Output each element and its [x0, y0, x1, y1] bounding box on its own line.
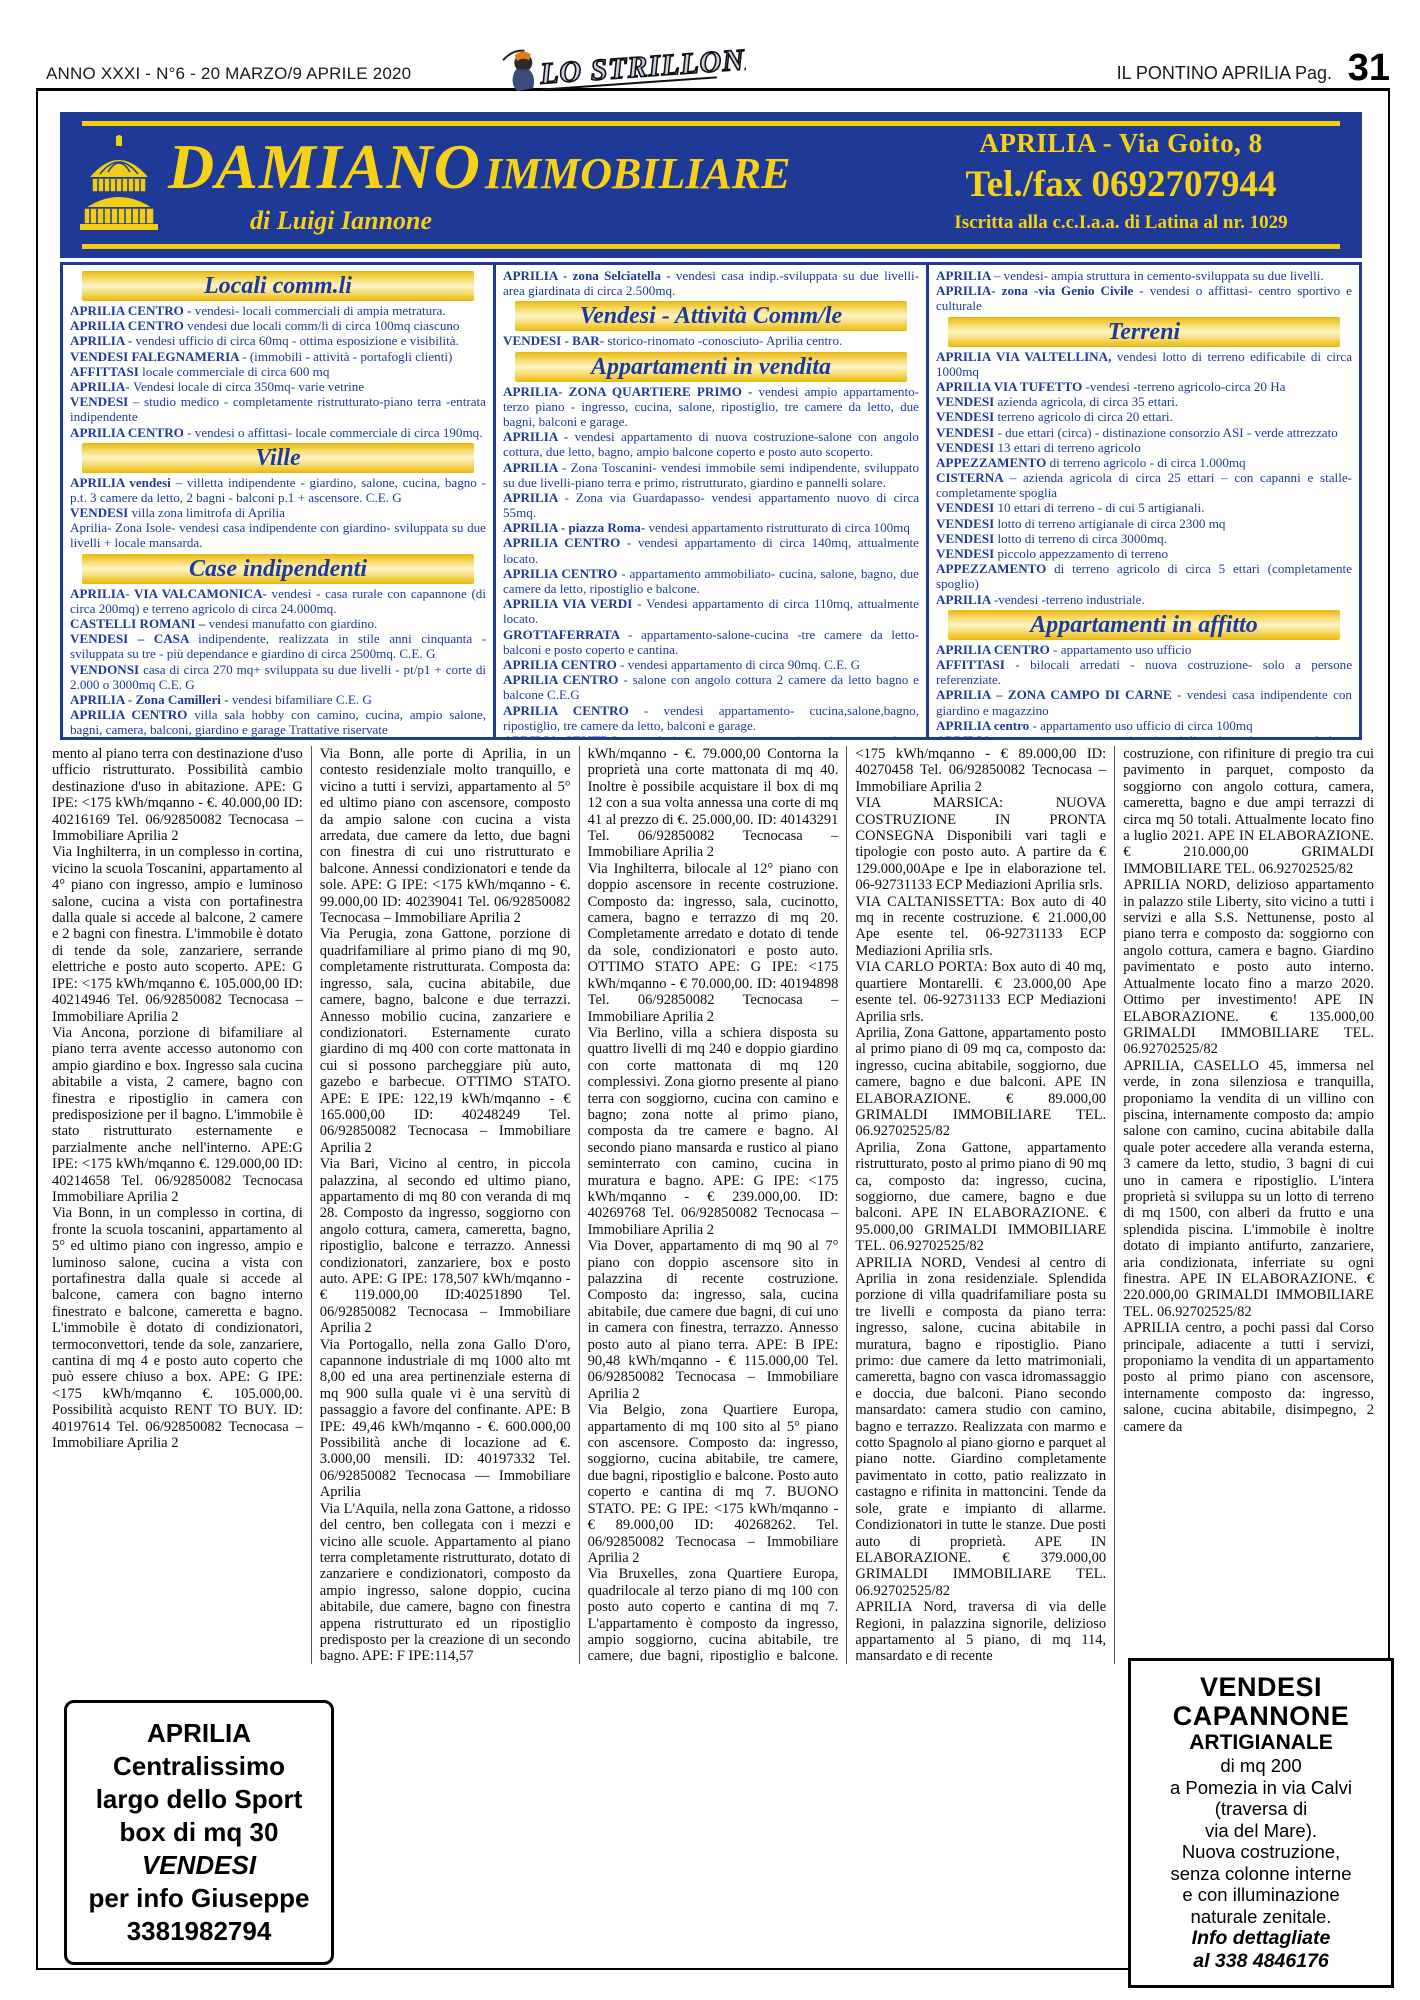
ad-listing: APPEZZAMENTO di terreno agricolo di circ… — [936, 561, 1352, 591]
ad-listing: CISTERNA – azienda agricola di circa 25 … — [936, 470, 1352, 500]
ad-listing: VENDESI - due ettari (circa) - distinazi… — [936, 425, 1352, 440]
ad-listing: APRILIA CENTRO - appartamento uso uffici… — [936, 642, 1352, 657]
classified-paragraph: Aprilia, Zona Gattone, appartamento post… — [855, 1025, 1106, 1140]
body-column-5: costruzione, con rifiniture di pregio tr… — [1114, 746, 1382, 1664]
ad-listing-lead: AFFITTASI — [936, 657, 1015, 672]
ad-listing: VENDESI lotto di terreno di circa 3000mq… — [936, 531, 1352, 546]
section-header-case-indipendenti: Case indipendenti — [82, 554, 474, 584]
ad-listing: APRILIA CENTRO - vendesi- locali commerc… — [70, 303, 486, 318]
capannone-body-line: e con illuminazione — [1137, 1884, 1385, 1906]
ad-listing-lead: VENDESI — [936, 394, 998, 409]
ad-listing-lead: APRILIA CENTRO — [936, 642, 1053, 657]
ad-listing-lead: APPEZZAMENTO — [936, 455, 1050, 470]
body-column-3: kWh/mqanno - €. 79.000,00 Contorna la pr… — [579, 746, 847, 1664]
ad-listing: GROTTAFERRATA - appartamento-salone-cuci… — [503, 627, 919, 657]
classified-paragraph: Via Belgio, zona Quartiere Europa, appar… — [588, 1402, 839, 1566]
ad-listing-lead: APRILIA CENTRO - — [70, 303, 195, 318]
ad-listing: APRILIA - Zona Toscanini- vendesi immobi… — [503, 460, 919, 490]
ad-listing: APRILIA - Zona via Guardapasso- vendesi … — [503, 490, 919, 520]
ad-listing: VENDESI azienda agricola, di circa 35 et… — [936, 394, 1352, 409]
capannone-info-line: Info dettagliate — [1137, 1927, 1385, 1950]
ad-listing: APRILIA - zona Selciatella - vendesi cas… — [503, 268, 919, 298]
ad-listing-lead: GROTTAFERRATA — [503, 627, 628, 642]
ad-listing-lead: VENDESI — [936, 425, 998, 440]
ad-listing: APRILIA CENTRO - vendesi appartamento- c… — [503, 703, 919, 733]
ad-listing: APRILIA CENTRO - vendesi appartamento di… — [503, 657, 919, 672]
ad-listing-lead: APRILIA - zona Selciatella - — [503, 268, 676, 283]
sport-box-vendesi: VENDESI — [73, 1849, 325, 1882]
ad-listing: Aprilia- Zona Isole- vendesi casa indipe… — [70, 520, 486, 550]
ad-listing-lead: VENDESI — [936, 440, 998, 455]
dome-icon — [80, 134, 158, 236]
capannone-body-line: Nuova costruzione, — [1137, 1841, 1385, 1863]
ad-listing: APPEZZAMENTO di terreno agricolo - di ci… — [936, 455, 1352, 470]
ad-listing: APRILIA centro - appartamento uso uffici… — [936, 718, 1352, 733]
ad-listing: APRILIA CENTRO - vendesi appartamento-te… — [503, 733, 919, 737]
ad-listing-lead: APRILIA vendesi — [70, 475, 176, 490]
capannone-title: VENDESI — [1137, 1673, 1385, 1702]
ad-listing-lead: APRILIA CENTRO — [503, 703, 644, 718]
ad-listing-lead: APRILIA — [503, 490, 565, 505]
publication-name: IL PONTINO APRILIA Pag. — [1117, 63, 1332, 84]
capannone-subtitle: ARTIGIANALE — [1137, 1731, 1385, 1755]
ad-listing: APRILIA vendesi – villetta indipendente … — [70, 475, 486, 505]
classified-paragraph: APRILIA NORD, Vendesi al centro di April… — [855, 1255, 1106, 1600]
ad-listing-lead: APRILIA VIA VALTELLINA, — [936, 349, 1117, 364]
banner-rule-top — [82, 121, 1340, 126]
newspaper-logo-icon: LO STRILLONE — [496, 34, 746, 94]
listings-column-2: APRILIA - zona Selciatella - vendesi cas… — [496, 265, 929, 737]
capannone-body-line: senza colonne interne — [1137, 1863, 1385, 1885]
ad-listing-lead: VENDESI — [936, 500, 998, 515]
classified-paragraph: APRILIA, CASELLO 45, immersa nel verde, … — [1123, 1058, 1374, 1321]
classified-paragraph: Via Inghilterra, in un complesso in cort… — [52, 844, 303, 1024]
ad-listing-lead: APRILIA — [503, 460, 562, 475]
ad-listing: APRILIA - vendesi ufficio di circa 60mq … — [70, 333, 486, 348]
ad-listing-lead: APRILIA - piazza Roma- — [503, 520, 648, 535]
section-header-locali-comm-li: Locali comm.li — [82, 271, 474, 301]
ad-listing-lead: APRILIA – ZONA CAMPO DI CARNE — [936, 687, 1177, 702]
ad-listing-lead: APRILIA CENTRO — [70, 707, 194, 722]
ad-listing-lead: VENDESI - BAR- — [503, 333, 607, 348]
classified-paragraph: <175 kWh/mqanno - € 89.000,00 ID: 402704… — [855, 746, 1106, 795]
classified-paragraph: costruzione, con rifiniture di pregio tr… — [1123, 746, 1374, 877]
ad-listing-lead: VENDONSI — [70, 662, 143, 677]
ad-listing-lead: APRILIA- zona -via Genio Civile - — [936, 283, 1150, 298]
section-header-appartamenti-in-affitto: Appartamenti in affitto — [948, 610, 1340, 640]
ad-listing: VENDESI 13 ettari di terreno agricolo — [936, 440, 1352, 455]
classified-paragraph: APRILIA Nord, traversa di via delle Regi… — [855, 1599, 1106, 1664]
ad-listing-lead: APRILIA CENTRO - — [503, 733, 636, 737]
ad-listing-lead: APRILIA centro — [936, 733, 1035, 737]
ad-listing-lead: VENDESI — [936, 516, 998, 531]
damiano-banner: DAMIANO IMMOBILIARE di Luigi Iannone APR… — [60, 112, 1362, 258]
page-number: 31 — [1348, 47, 1390, 90]
ad-listing: APRILIA VIA VERDI - Vendesi appartamento… — [503, 596, 919, 626]
ad-listing: APRILIA CENTRO - vendesi o affittasi- lo… — [70, 425, 486, 440]
ad-listing-lead: VENDESI — [936, 546, 998, 561]
classified-paragraph: Via Bonn, alle porte di Aprilia, in un c… — [320, 746, 571, 926]
ad-listing: AFFITTASI locale commerciale di circa 60… — [70, 364, 486, 379]
sport-box-line: Centralissimo — [73, 1750, 325, 1783]
ad-listing: AFFITTASI - bilocali arredati - nuova co… — [936, 657, 1352, 687]
sport-box-ad: APRILIA Centralissimo largo dello Sport … — [64, 1700, 334, 1965]
ad-listing: VENDESI 10 ettari di terreno - di cui 5 … — [936, 500, 1352, 515]
ad-listing-lead: VENDESI – CASA — [70, 631, 198, 646]
ad-listing: APRILIA – vendesi- ampia struttura in ce… — [936, 268, 1352, 283]
sport-box-contact: per info Giuseppe — [73, 1882, 325, 1915]
ad-listing-lead: APRILIA centro — [936, 718, 1033, 733]
ad-listing-lead: APRILIA CENTRO — [503, 657, 620, 672]
section-header-ville: Ville — [82, 443, 474, 473]
classified-paragraph: Aprilia, Zona Gattone, appartamento rist… — [855, 1140, 1106, 1255]
classified-paragraph: VIA CALTANISSETTA: Box auto di 40 mq in … — [855, 894, 1106, 960]
classified-paragraph: kWh/mqanno - €. 79.000,00 Contorna la pr… — [588, 746, 839, 861]
classified-paragraph: Via Portogallo, nella zona Gallo D'oro, … — [320, 1337, 571, 1501]
ad-listing: APRILIA - vendesi appartamento di nuova … — [503, 429, 919, 459]
ad-listing: APRILIA CENTRO vendesi due locali comm/l… — [70, 318, 486, 333]
ad-listing: VENDESI – studio medico - completamente … — [70, 394, 486, 424]
lo-strillone-logo: LO STRILLONE — [496, 34, 746, 94]
ad-listing: VENDESI - BAR- storico-rinomato -conosci… — [503, 333, 919, 348]
ad-listing: CASTELLI ROMANI – vendesi manufatto con … — [70, 616, 486, 631]
agency-owner: di Luigi Iannone — [250, 206, 432, 236]
ad-listing-lead: APRILIA CENTRO — [70, 318, 187, 333]
sport-box-line: box di mq 30 — [73, 1816, 325, 1849]
page-header: ANNO XXXI - N°6 - 20 MARZO/9 APRILE 2020… — [36, 30, 1390, 91]
ad-listing-lead: VENDESI — [936, 531, 998, 546]
ad-listing: APRILIA - piazza Roma- vendesi appartame… — [503, 520, 919, 535]
sport-box-line: largo dello Sport — [73, 1783, 325, 1816]
capannone-box-ad: VENDESI CAPANNONE ARTIGIANALE di mq 200 … — [1128, 1658, 1394, 1988]
ad-listing-lead: APPEZZAMENTO — [936, 561, 1054, 576]
ad-listing-lead: APRILIA VIA VERDI — [503, 596, 637, 611]
ad-listing: VENDESI lotto di terreno artigianale di … — [936, 516, 1352, 531]
ad-listing: APRILIA CENTRO - vendesi appartamento di… — [503, 535, 919, 565]
ad-listing-lead: APRILIA VIA TUFETTO — [936, 379, 1086, 394]
ad-listing: APRILIA - Zona Camilleri - vendesi bifam… — [70, 692, 486, 707]
section-header-appartamenti-in-vendita: Appartamenti in vendita — [515, 352, 907, 382]
listings-column-1: Locali comm.liAPRILIA CENTRO - vendesi- … — [63, 265, 496, 737]
agency-registration: Iscritta alla c.c.I.a.a. di Latina al nr… — [906, 212, 1336, 234]
sport-box-phone: 3381982794 — [73, 1915, 325, 1948]
ad-listing-lead: VENDESI — [70, 505, 132, 520]
sport-box-line: APRILIA — [73, 1717, 325, 1750]
newspaper-page: ANNO XXXI - N°6 - 20 MARZO/9 APRILE 2020… — [0, 0, 1420, 2000]
agency-address: APRILIA - Via Goito, 8 — [906, 128, 1336, 159]
classified-paragraph: Via Bruxelles, zona Quartiere Europa, qu… — [588, 1566, 839, 1664]
section-header-vendesi-attivit-comm-le: Vendesi - Attività Comm/le — [515, 301, 907, 331]
classified-paragraph: mento al piano terra con destinazione d'… — [52, 746, 303, 844]
ad-listing-lead: CASTELLI ROMANI – — [70, 616, 209, 631]
ad-listing: APRILIA -vendesi -terreno industriale. — [936, 592, 1352, 607]
classified-paragraph: Via Dover, appartamento di mq 90 al 7° p… — [588, 1238, 839, 1402]
ad-listing-lead: APRILIA — [936, 268, 994, 283]
ad-listing: VENDESI terreno agricolo di circa 20 ett… — [936, 409, 1352, 424]
ad-listing-lead: APRILIA — [936, 592, 994, 607]
capannone-body-line: di mq 200 — [1137, 1755, 1385, 1777]
body-column-2: Via Bonn, alle porte di Aprilia, in un c… — [311, 746, 579, 1664]
ad-listing-lead: AFFITTASI — [70, 364, 142, 379]
capannone-body-line: (traversa di — [1137, 1798, 1385, 1820]
ad-listing-lead: VENDESI — [936, 409, 998, 424]
classified-paragraph: Via L'Aquila, nella zona Gattone, a rido… — [320, 1501, 571, 1664]
ad-listing-lead: APRILIA CENTRO — [503, 535, 627, 550]
ad-listing: APRILIA CENTRO - salone con angolo cottu… — [503, 672, 919, 702]
ad-listing: VENDESI FALEGNAMERIA - (immobili - attiv… — [70, 349, 486, 364]
section-header-terreni: Terreni — [948, 317, 1340, 347]
agency-contact: APRILIA - Via Goito, 8 Tel./fax 06927079… — [906, 128, 1336, 234]
classified-paragraph: Via Bonn, in un complesso in cortina, di… — [52, 1205, 303, 1451]
ad-listing-lead: APRILIA - — [70, 333, 135, 348]
agency-type: IMMOBILIARE — [485, 149, 791, 198]
classified-paragraph: Via Ancona, porzione di bifamiliare al p… — [52, 1025, 303, 1205]
ad-listing: APRILIA- ZONA QUARTIERE PRIMO - vendesi … — [503, 384, 919, 430]
classified-paragraph: Via Inghilterra, bilocale al 12° piano c… — [588, 861, 839, 1025]
ad-listing-lead: APRILIA CENTRO — [503, 566, 621, 581]
ad-listing: APRILIA- VIA VALCAMONICA- vendesi - casa… — [70, 586, 486, 616]
ad-listing-lead: APRILIA- — [70, 379, 133, 394]
ad-listing-lead: APRILIA CENTRO — [503, 672, 623, 687]
body-column-4: <175 kWh/mqanno - € 89.000,00 ID: 402704… — [846, 746, 1114, 1664]
ad-listing: APRILIA – ZONA CAMPO DI CARNE - vendesi … — [936, 687, 1352, 717]
ad-listing: APRILIA- Vendesi locale di circa 350mq- … — [70, 379, 486, 394]
ad-listing: VENDONSI casa di circa 270 mq+ sviluppat… — [70, 662, 486, 692]
capannone-title: CAPANNONE — [1137, 1702, 1385, 1731]
ad-listing-lead: CISTERNA — [936, 470, 1010, 485]
body-column-1: mento al piano terra con destinazione d'… — [44, 746, 311, 1664]
classifieds-body: mento al piano terra con destinazione d'… — [44, 746, 1382, 1664]
classified-paragraph: VIA CARLO PORTA: Box auto di 40 mq, quar… — [855, 959, 1106, 1025]
agency-listings-box: Locali comm.liAPRILIA CENTRO - vendesi- … — [60, 262, 1362, 740]
capannone-info-phone: al 338 4846176 — [1137, 1950, 1385, 1973]
ad-listing: APRILIA- zona -via Genio Civile - vendes… — [936, 283, 1352, 313]
capannone-body-line: naturale zenitale. — [1137, 1906, 1385, 1928]
classified-paragraph: APRILIA NORD, delizioso appartamento in … — [1123, 877, 1374, 1057]
agency-title: DAMIANO IMMOBILIARE — [168, 130, 791, 204]
classified-paragraph: Via Bari, Vicino al centro, in piccola p… — [320, 1156, 571, 1336]
ad-listing-lead: APRILIA - — [503, 429, 575, 444]
ad-listing-lead: APRILIA- ZONA QUARTIERE PRIMO - — [503, 384, 758, 399]
ad-listing: VENDESI piccolo appezzamento di terreno — [936, 546, 1352, 561]
classified-paragraph: APRILIA centro, a pochi passi dal Corso … — [1123, 1320, 1374, 1435]
ad-listing-lead: APRILIA - Zona Camilleri - — [70, 692, 232, 707]
ad-listing-lead: VENDESI FALEGNAMERIA — [70, 349, 242, 364]
listings-column-3: APRILIA – vendesi- ampia struttura in ce… — [929, 265, 1359, 737]
issue-date: ANNO XXXI - N°6 - 20 MARZO/9 APRILE 2020 — [46, 64, 411, 84]
ad-listing: APRILIA VIA VALTELLINA, vendesi lotto di… — [936, 349, 1352, 379]
ad-listing: APRILIA centro appartamento cucina ripos… — [936, 733, 1352, 737]
capannone-body-line: via del Mare). — [1137, 1820, 1385, 1842]
ad-listing-lead: VENDESI — [70, 394, 133, 409]
ad-listing-lead: APRILIA- VIA VALCAMONICA- — [70, 586, 272, 601]
ad-listing: VENDESI – CASA indipendente, realizzata … — [70, 631, 486, 661]
ad-listing: APRILIA CENTRO - appartamento ammobiliat… — [503, 566, 919, 596]
capannone-body-line: a Pomezia in via Calvi — [1137, 1777, 1385, 1799]
ad-listing: APRILIA CENTRO villa sala hobby con cami… — [70, 707, 486, 737]
ad-listing: APRILIA VIA TUFETTO -vendesi -terreno ag… — [936, 379, 1352, 394]
agency-phone: Tel./fax 0692707944 — [906, 163, 1336, 206]
agency-name: DAMIANO — [168, 131, 481, 202]
ad-listing-lead: APRILIA CENTRO — [70, 425, 187, 440]
classified-paragraph: VIA MARSICA: NUOVA COSTRUZIONE IN PRONTA… — [855, 795, 1106, 893]
classified-paragraph: Via Perugia, zona Gattone, porzione di q… — [320, 926, 571, 1156]
banner-rule-bottom — [82, 244, 1340, 249]
classified-paragraph: Via Berlino, villa a schiera disposta su… — [588, 1025, 839, 1238]
ad-listing: VENDESI villa zona limitrofa di Aprilia — [70, 505, 486, 520]
